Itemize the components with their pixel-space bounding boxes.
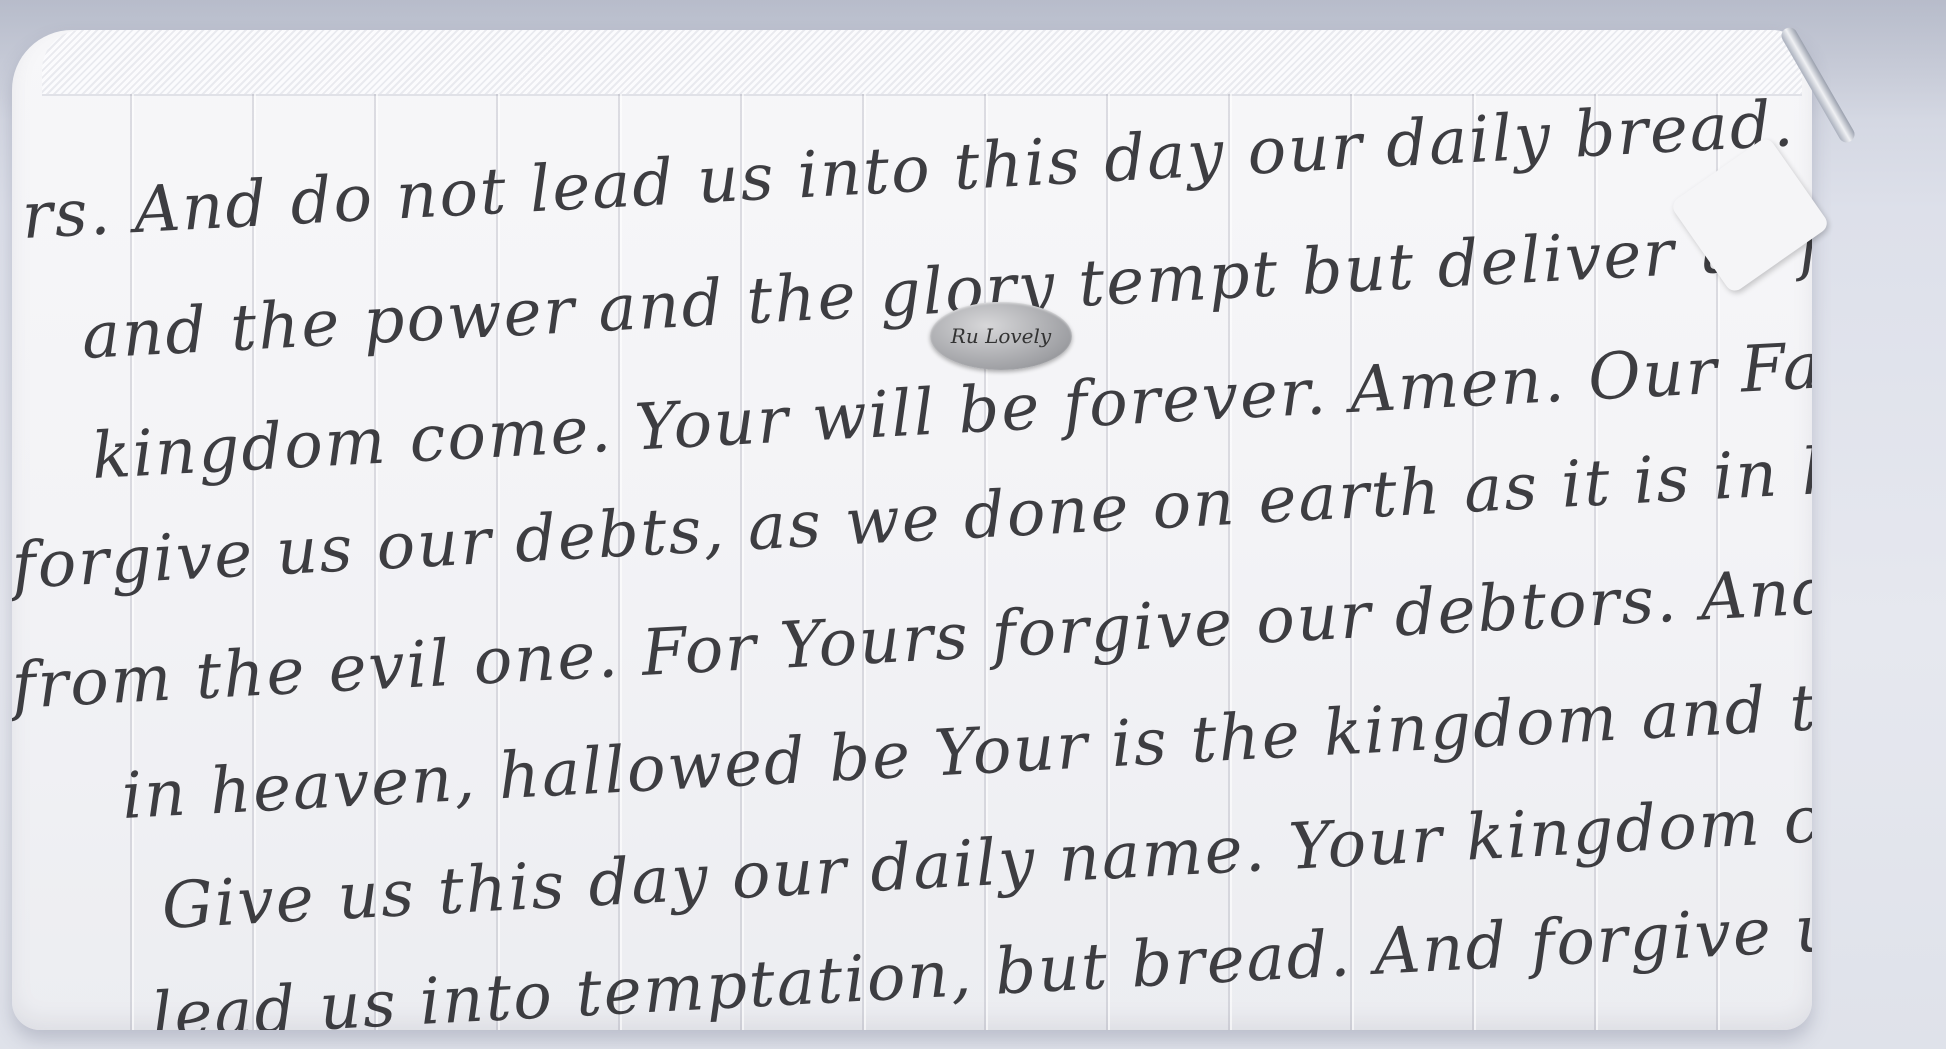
brand-badge: Ru Lovely <box>930 302 1072 370</box>
quilted-pouch: rs. And do not lead us into this day our… <box>12 30 1812 1030</box>
badge-text: Ru Lovely <box>951 324 1051 348</box>
zipper <box>42 30 1802 96</box>
